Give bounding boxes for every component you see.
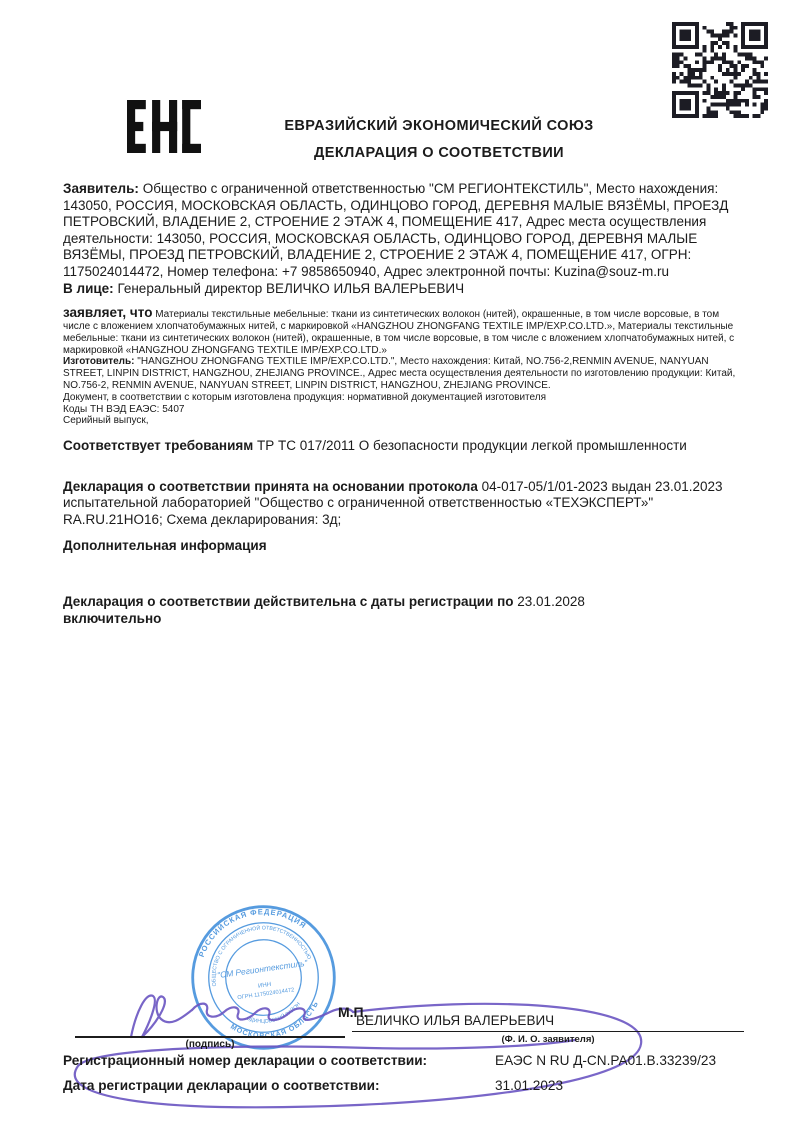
declares-product-text: Материалы текстильные мебельные: ткани и… <box>63 309 734 355</box>
in-person-label: В лице: <box>63 281 114 296</box>
additional-info-heading: Дополнительная информация <box>63 538 739 555</box>
in-person-text: Генеральный директор ВЕЛИЧКО ИЛЬЯ ВАЛЕРЬ… <box>114 281 464 296</box>
header-doc-title: ДЕКЛАРАЦИЯ О СООТВЕТСТВИИ <box>130 145 748 161</box>
fio-caption: (Ф. И. О. заявителя) <box>352 1034 744 1045</box>
qr-code-icon <box>672 22 768 118</box>
company-stamp-icon: РОССИЙСКАЯ ФЕДЕРАЦИЯ МОСКОВСКАЯ ОБЛАСТЬ … <box>188 902 339 1053</box>
tnved-codes-line: Коды ТН ВЭД ЕАЭС: 5407 <box>63 404 184 415</box>
manufacturer-label: Изготовитель: <box>63 356 135 367</box>
validity-date: 23.01.2028 <box>514 594 585 609</box>
stamp-company-name: "СМ Регионтекстиль" <box>217 957 310 980</box>
basis-paragraph: Декларация о соответствии принята на осн… <box>63 479 739 529</box>
stamp-ogrn-line: ОГРН 1175024014472 <box>237 987 295 1001</box>
manufacture-document-line: Документ, в соответствии с которым изгот… <box>63 392 546 403</box>
validity-label: Декларация о соответствии действительна … <box>63 594 514 609</box>
document-header: ЕВРАЗИЙСКИЙ ЭКОНОМИЧЕСКИЙ СОЮЗ ДЕКЛАРАЦИ… <box>130 118 748 161</box>
reg-date-label: Дата регистрации декларации о соответств… <box>63 1078 380 1093</box>
fio-line <box>352 1031 744 1032</box>
in-person-paragraph: В лице: Генеральный директор ВЕЛИЧКО ИЛЬ… <box>63 281 739 298</box>
signature-caption: (подпись) <box>75 1039 345 1050</box>
applicant-text: Общество с ограниченной ответственностью… <box>63 181 728 279</box>
document-body: Заявитель: Общество с ограниченной ответ… <box>63 181 739 627</box>
declares-paragraph: заявляет, что Материалы текстильные мебе… <box>63 307 739 427</box>
validity-suffix: включительно <box>63 611 161 626</box>
manufacturer-text: "HANGZHOU ZHONGFANG TEXTILE IMP/EXP.CO.L… <box>63 356 735 391</box>
compliance-label: Соответствует требованиям <box>63 438 253 453</box>
reg-number-label: Регистрационный номер декларации о соотв… <box>63 1053 427 1068</box>
stamp-inn-line: ИНН <box>258 981 272 990</box>
applicant-paragraph: Заявитель: Общество с ограниченной ответ… <box>63 181 739 281</box>
signature-line <box>75 1036 345 1038</box>
basis-label: Декларация о соответствии принята на осн… <box>63 479 478 494</box>
serial-release-line: Серийный выпуск, <box>63 415 149 426</box>
validity-paragraph: Декларация о соответствии действительна … <box>63 594 739 627</box>
applicant-label: Заявитель: <box>63 181 139 196</box>
fio-value: ВЕЛИЧКО ИЛЬЯ ВАЛЕРЬЕВИЧ <box>356 1013 554 1028</box>
compliance-text: ТР ТС 017/2011 О безопасности продукции … <box>253 438 687 453</box>
declaration-document-page: ЕВРАЗИЙСКИЙ ЭКОНОМИЧЕСКИЙ СОЮЗ ДЕКЛАРАЦИ… <box>0 0 793 1122</box>
compliance-paragraph: Соответствует требованиям ТР ТС 017/2011… <box>63 438 703 455</box>
reg-date-value: 31.01.2023 <box>495 1078 563 1093</box>
reg-number-value: ЕАЭС N RU Д-CN.РА01.В.33239/23 <box>495 1053 716 1068</box>
header-union-title: ЕВРАЗИЙСКИЙ ЭКОНОМИЧЕСКИЙ СОЮЗ <box>130 118 748 134</box>
declares-label: заявляет, что <box>63 305 152 320</box>
